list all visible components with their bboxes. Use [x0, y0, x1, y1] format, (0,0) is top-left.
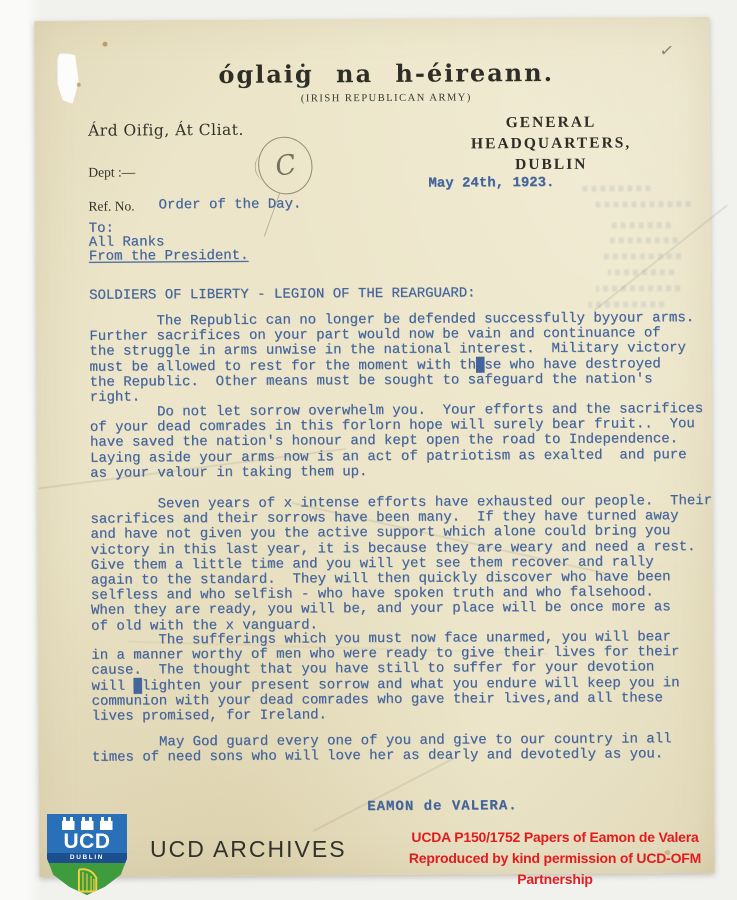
paragraph-2: Do not let sorrow overwhelm you. Your ef… [90, 402, 704, 482]
crest-city: DUBLIN [47, 853, 127, 863]
pencil-check-icon: ✓ [658, 40, 675, 62]
letter-salutation: SOLDIERS OF LIBERTY - LEGION OF THE REAR… [89, 286, 476, 304]
harp-icon [73, 865, 101, 895]
bleedthrough-text [608, 269, 674, 275]
letter-date: May 24th, 1923. [428, 175, 554, 192]
crest-green-field [47, 863, 127, 895]
bleedthrough-text [606, 237, 678, 243]
office-address-gaelic: Árd Oifig, Át Cliat. [88, 121, 244, 140]
headquarters-block: GENERAL HEADQUARTERS, DUBLIN [437, 111, 665, 175]
to-label: To: [89, 221, 249, 236]
org-title-gaelic: óglaiġ na h-éireann. [35, 57, 710, 90]
bleedthrough-text [601, 253, 681, 259]
org-title-english: (IRISH REPUBLICAN ARMY) [35, 91, 710, 106]
bleedthrough-text [588, 301, 664, 307]
credit-line-2: Reproduced by kind permission of UCD-OFM… [385, 848, 725, 890]
bleedthrough-text [596, 201, 691, 208]
from-line: From the President. [89, 249, 249, 264]
ref-no-label: Ref. No. [88, 198, 134, 214]
headquarters-line: GENERAL HEADQUARTERS, [437, 111, 665, 154]
castle-towers-icon [47, 814, 127, 830]
foxing-spot [103, 42, 108, 47]
headquarters-city: DUBLIN [437, 153, 665, 175]
credit-line-1: UCDA P150/1752 Papers of Eamon de Valera [385, 827, 725, 848]
circled-letter: C [272, 148, 298, 182]
archive-credit: UCDA P150/1752 Papers of Eamon de Valera… [385, 827, 725, 890]
paragraph-4: The sufferings which you must now face u… [91, 630, 680, 725]
bleedthrough-text [596, 285, 680, 292]
crest-acronym: UCD [47, 830, 127, 853]
recipient-block: To: All Ranks From the President. [89, 221, 249, 264]
archives-label: UCD ARCHIVES [150, 836, 347, 863]
pencil-circled-c: C [251, 130, 321, 202]
bleedthrough-text [580, 185, 650, 191]
dept-label: Dept :— [88, 164, 135, 180]
ucd-crest-logo: UCD DUBLIN [47, 814, 127, 895]
bleedthrough-text [611, 222, 671, 228]
ref-no-value: Order of the Day. [158, 196, 301, 213]
letter-page: óglaiġ na h-éireann. (IRISH REPUBLICAN A… [34, 17, 714, 877]
paper-crease [313, 757, 456, 831]
paragraph-3: Seven years of x intense efforts have ex… [90, 494, 713, 635]
paragraph-1: The Republic can no longer be defended s… [89, 311, 694, 406]
paragraph-5: May God guard every one of you and give … [92, 732, 672, 766]
signature: EAMON de VALERA. [367, 798, 518, 815]
